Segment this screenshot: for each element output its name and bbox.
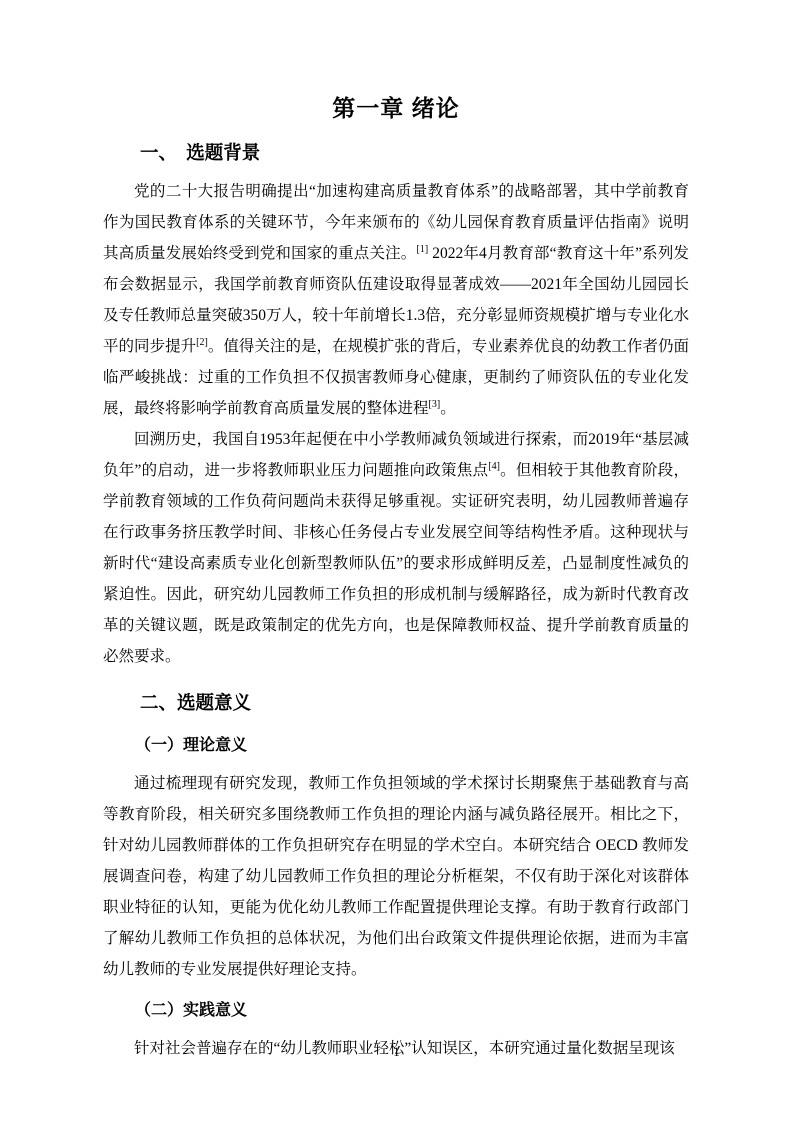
footnote-ref: [4] (488, 461, 500, 472)
body-paragraph: 通过梳理现有研究发现，教师工作负担领域的学术探讨长期聚焦于基础教育与高等教育阶段… (103, 768, 689, 985)
body-paragraph: 回溯历史，我国自1953年起便在中小学教师减负领域进行探索，而2019年“基层减… (103, 424, 689, 672)
document-page: 第一章 绪论一、 选题背景党的二十大报告明确提出“加速构建高质量教育体系”的战略… (0, 0, 793, 1122)
text-run: 。但相较于其他教育阶段，学前教育领域的工作负荷问题尚未获得足够重视。实证研究表明… (103, 462, 689, 665)
section-heading: 一、 选题背景 (103, 138, 689, 168)
section-heading: 二、选题意义 (103, 688, 689, 718)
text-run: 通过梳理现有研究发现，教师工作负担领域的学术探讨长期聚焦于基础教育与高等教育阶段… (103, 775, 689, 978)
subsection-heading: （二）实践意义 (103, 997, 689, 1025)
text-run: 。 (440, 400, 456, 417)
subsection-heading: （一）理论意义 (103, 732, 689, 760)
footnote-ref: [1] (416, 244, 428, 255)
page-number: 1 (0, 1044, 793, 1060)
footnote-ref: [3] (429, 399, 441, 410)
chapter-title: 第一章 绪论 (103, 92, 689, 124)
document-body: 第一章 绪论一、 选题背景党的二十大报告明确提出“加速构建高质量教育体系”的战略… (103, 92, 689, 1064)
footnote-ref: [2] (196, 337, 208, 348)
body-paragraph: 党的二十大报告明确提出“加速构建高质量教育体系”的战略部署，其中学前教育作为国民… (103, 176, 689, 424)
